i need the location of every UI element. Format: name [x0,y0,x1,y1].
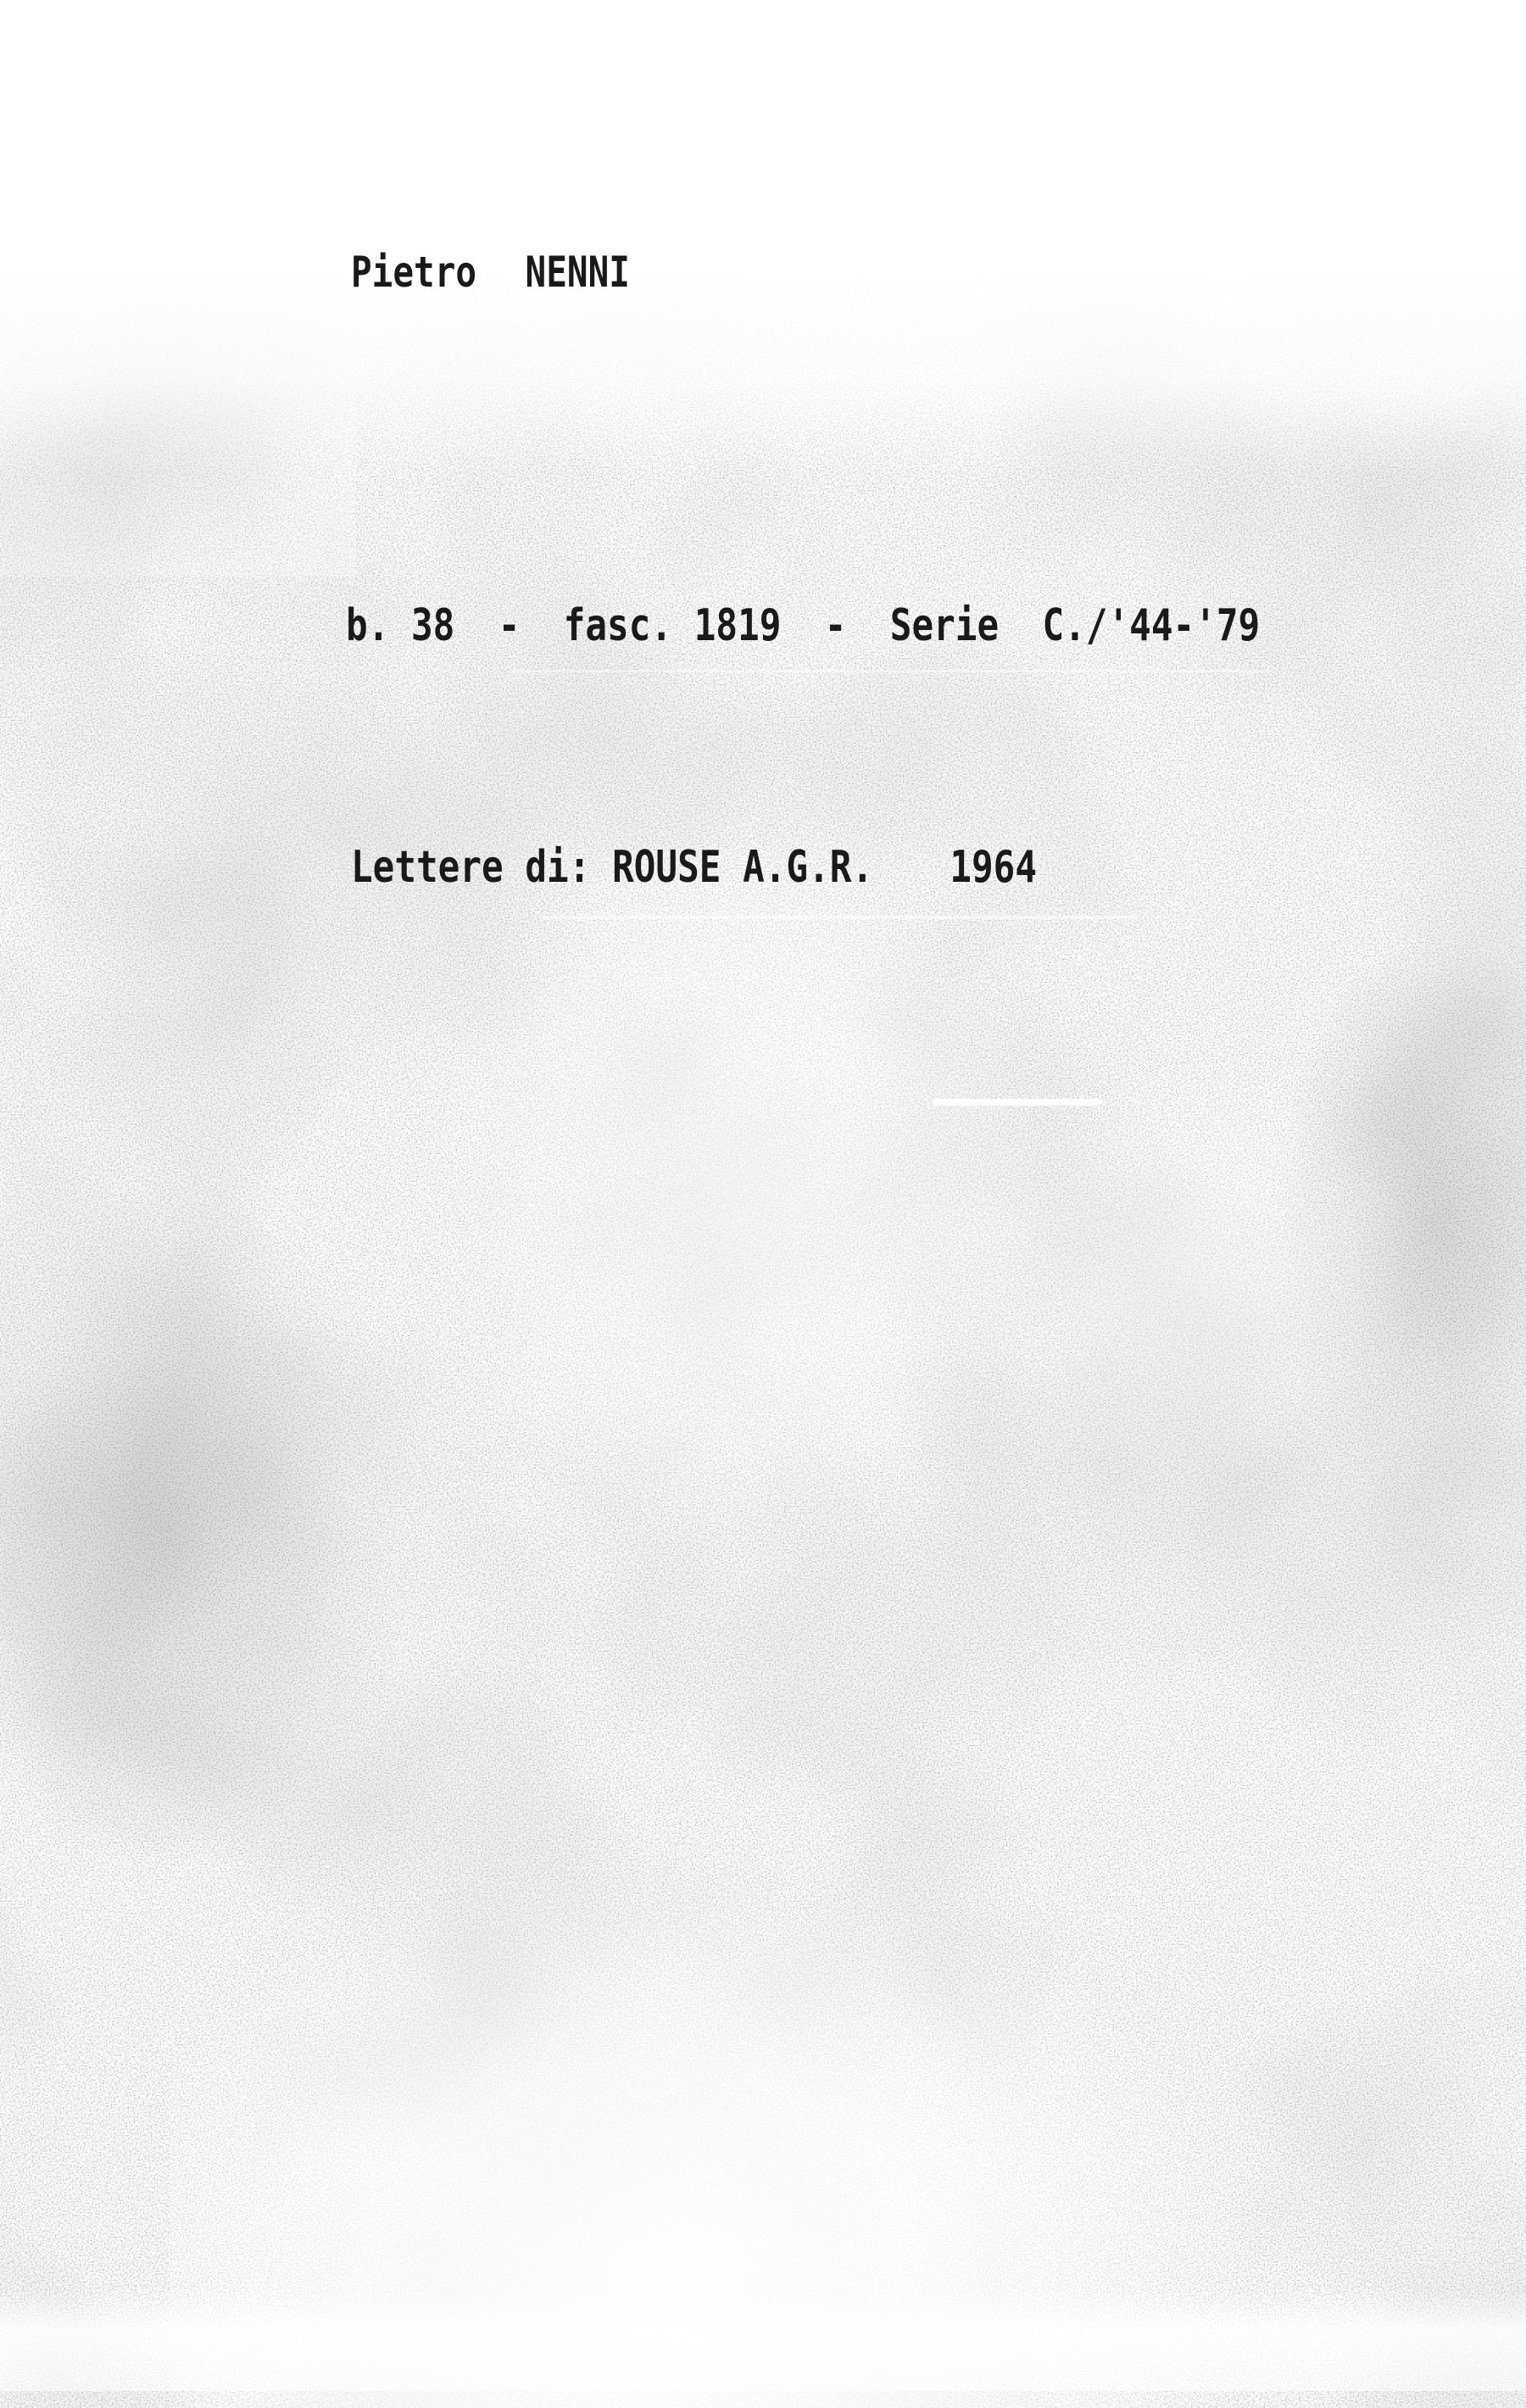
scanned-document-page: PietroNENNI b. 38 - fasc. 1819 - Serie C… [0,0,1526,2408]
scan-streak [509,670,1272,672]
photocopy-grain-texture [0,0,1526,2408]
author-name-line: PietroNENNI [351,248,630,297]
letters-year: 1964 [950,842,1037,893]
author-first-name: Pietro [351,248,476,297]
author-last-name: NENNI [526,248,630,297]
scan-streak [543,916,1136,919]
archive-reference-line: b. 38 - fasc. 1819 - Serie C./'44-'79 [346,600,1260,651]
letters-line: Lettere di: ROUSE A.G.R.1964 [351,842,1037,893]
letters-prefix: Lettere di: [351,842,590,893]
scan-streak [933,1099,1102,1106]
correspondent-name: ROUSE A.G.R. [612,842,873,893]
